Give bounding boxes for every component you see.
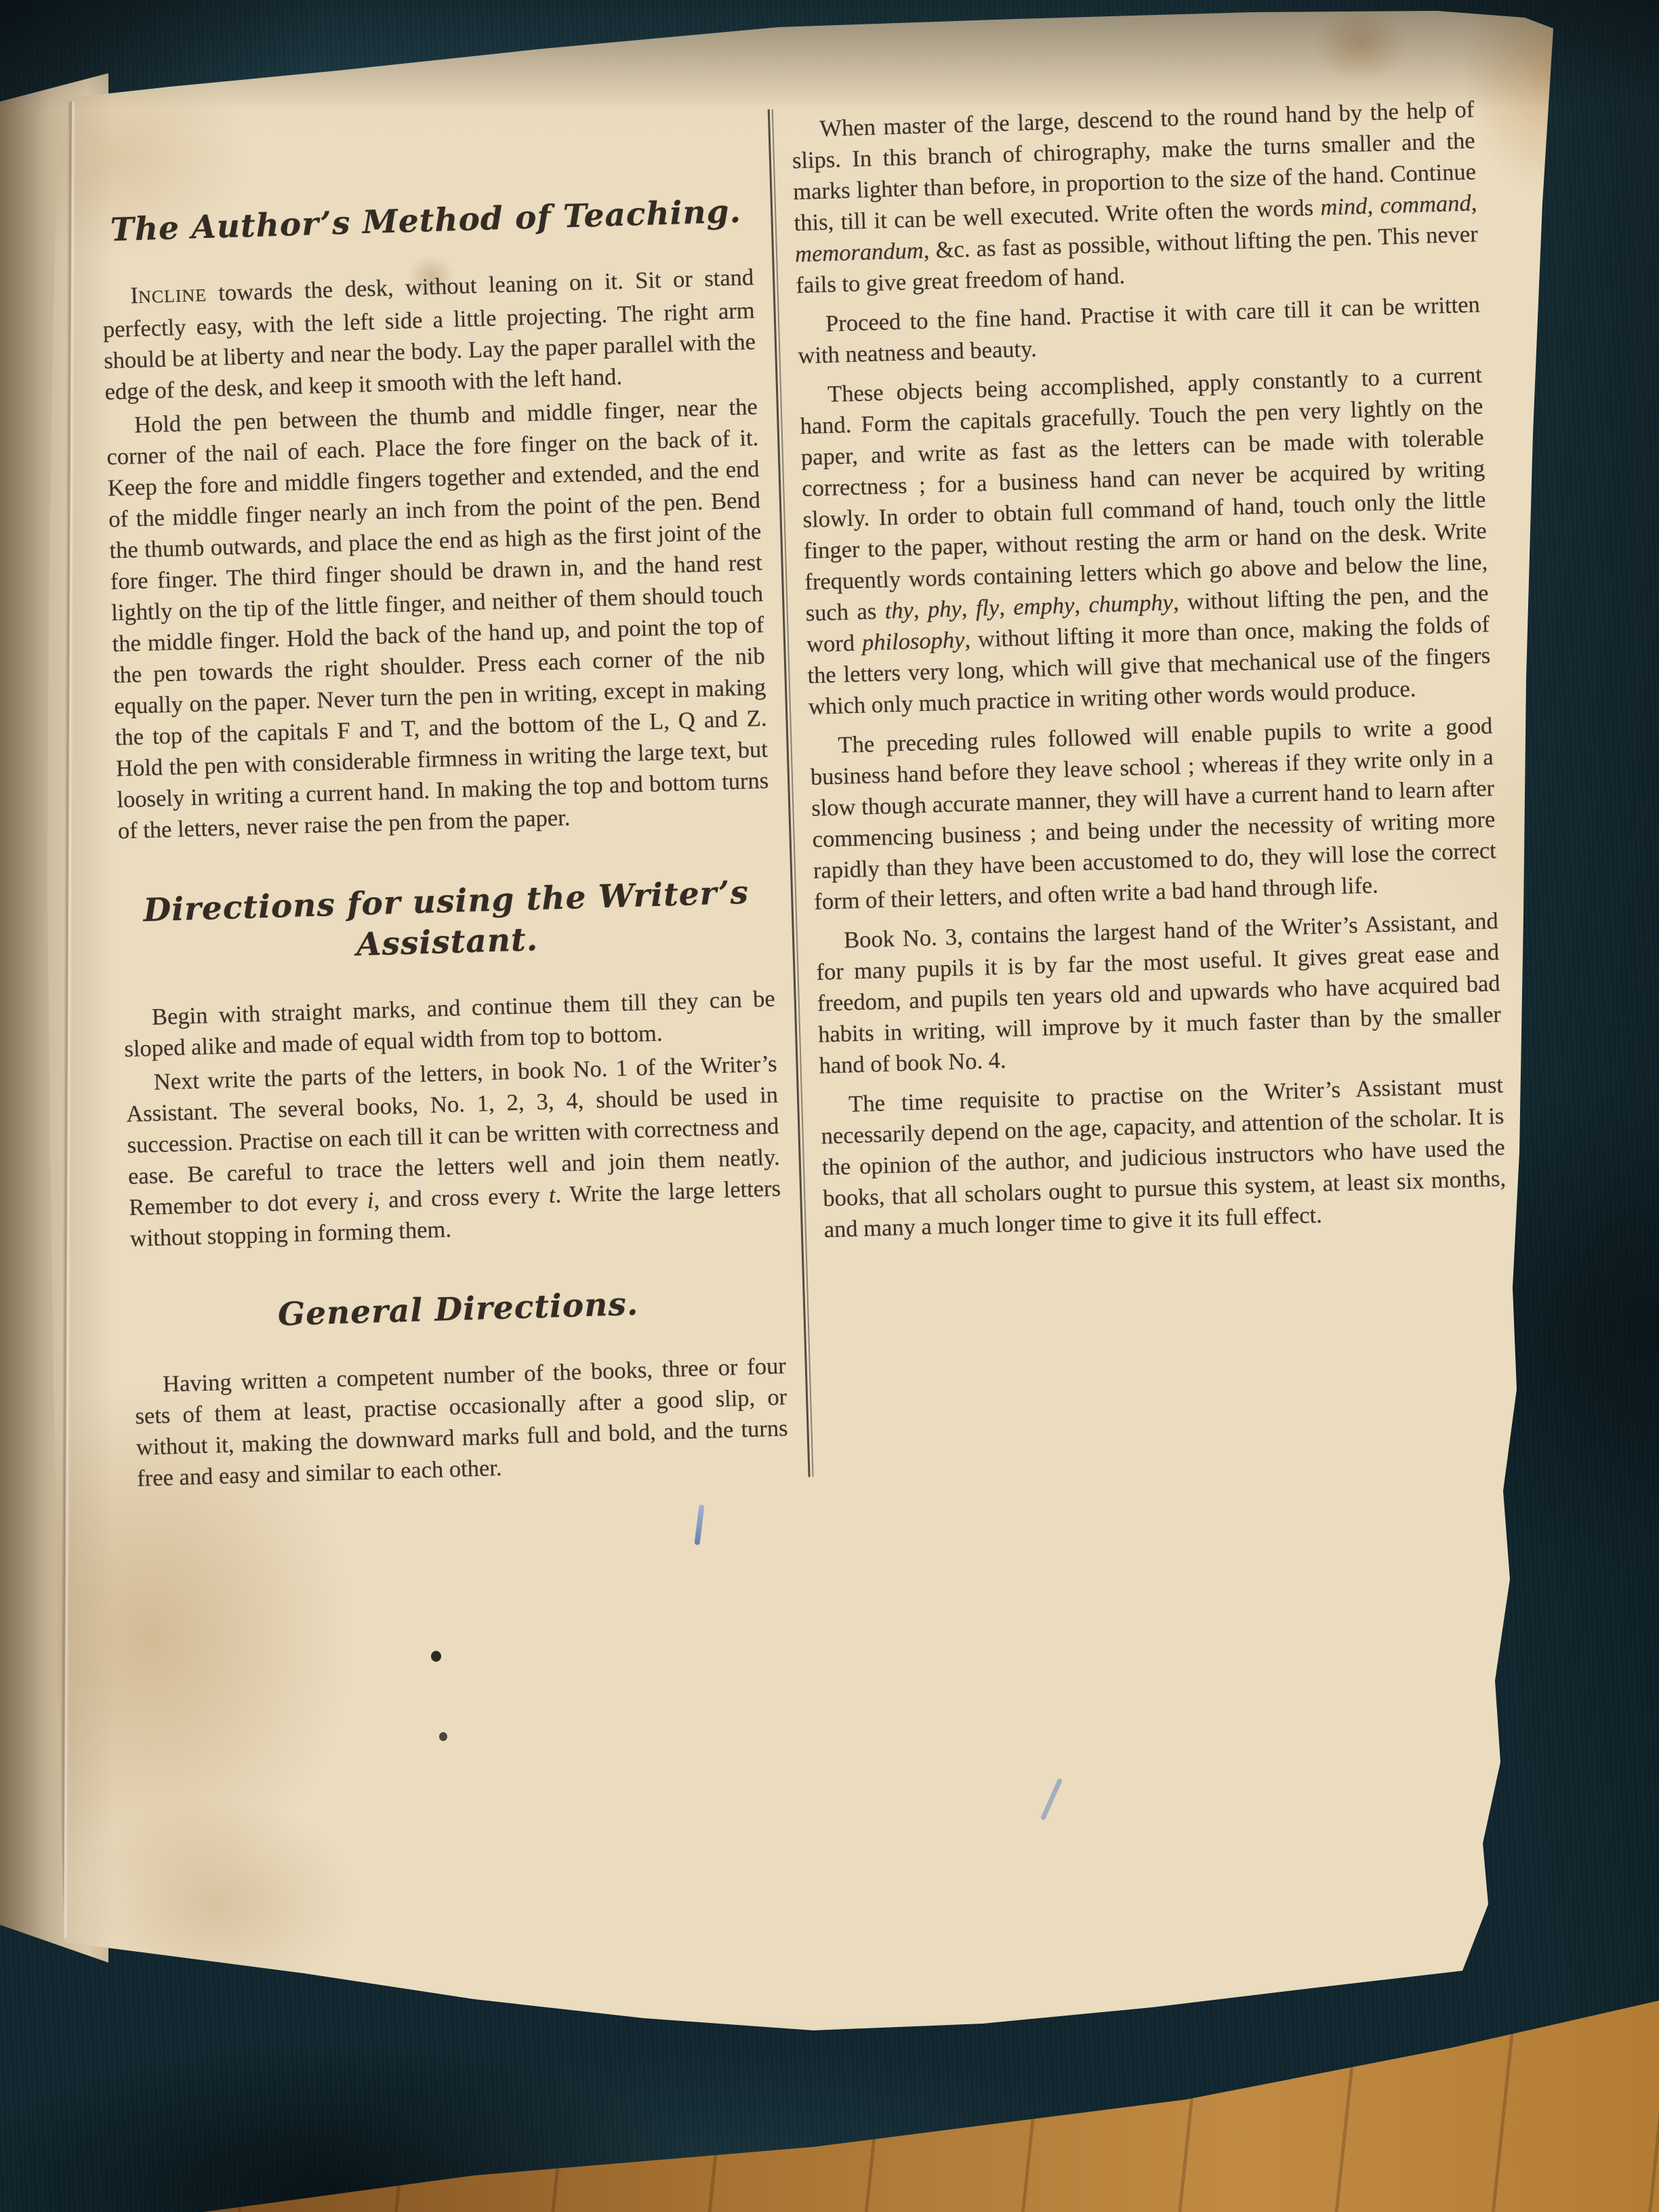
left-column: The Author’s Method of Teaching.INCLINE … xyxy=(97,115,789,1497)
paragraph: Having written a competent number of the… xyxy=(134,1350,789,1494)
right-column: When master of the large, descend to the… xyxy=(791,94,1514,1476)
paragraph: When master of the large, descend to the… xyxy=(791,94,1479,301)
paragraph: Next write the parts of the letters, in … xyxy=(125,1048,782,1254)
paragraph: Hold the pen between the thumb and middl… xyxy=(105,391,770,846)
section-heading: Directions for using the Writer’s Assist… xyxy=(120,872,774,972)
text-block: The Author’s Method of Teaching.INCLINE … xyxy=(97,94,1523,1497)
paragraph: The time requisite to practise on the Wr… xyxy=(820,1069,1507,1246)
paragraph: These objects being accomplished, apply … xyxy=(799,359,1492,722)
paragraph: Proceed to the fine hand. Practise it wi… xyxy=(796,289,1481,371)
photo-of-book-page: { "scene": { "description_colors": { "fa… xyxy=(0,0,1659,2212)
paragraph: The preceding rules followed will enable… xyxy=(809,710,1498,918)
section-heading: General Directions. xyxy=(131,1279,784,1340)
section-heading: The Author’s Method of Teaching. xyxy=(100,191,752,251)
book-page: The Author’s Method of Teaching.INCLINE … xyxy=(0,0,1659,2212)
paragraph: Book No. 3, contains the largest hand of… xyxy=(815,905,1502,1082)
ink-dot xyxy=(431,1651,441,1662)
paragraph: INCLINE towards the desk, without leanin… xyxy=(102,262,757,407)
pen-mark-blue xyxy=(1040,1778,1063,1820)
pen-mark-blue xyxy=(694,1504,704,1546)
ink-dot xyxy=(439,1732,447,1741)
page-crease xyxy=(60,102,76,1938)
